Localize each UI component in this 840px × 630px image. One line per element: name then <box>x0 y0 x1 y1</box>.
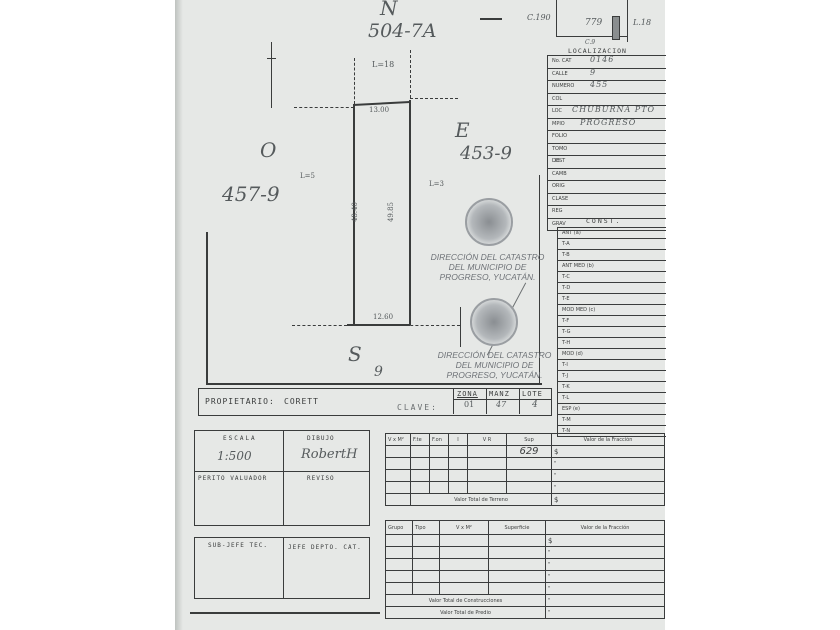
row-label: MPIO <box>552 121 565 127</box>
row-label: CALLE <box>552 71 568 77</box>
const-row: T-K <box>558 382 666 393</box>
propietario-value: CORETT <box>284 397 319 406</box>
table-row: " <box>386 571 665 583</box>
total-row: Valor Total de Predio " <box>386 607 665 619</box>
row-label: No. CAT <box>552 58 571 64</box>
line <box>556 0 557 36</box>
table-row: " <box>386 559 665 571</box>
cell <box>413 559 440 571</box>
south-street: 9 <box>374 364 383 380</box>
dim-bottom: 12.60 <box>373 313 393 321</box>
header-cell: Superficie <box>489 521 546 535</box>
header-cell: Valor de la Fracción <box>546 521 665 535</box>
cell <box>507 458 552 470</box>
cell <box>430 458 449 470</box>
boundary-line <box>410 50 411 98</box>
cell <box>489 535 546 547</box>
zona-label: ZONA <box>457 390 478 398</box>
stamp-line: DEL MUNICIPIO DE <box>425 262 550 272</box>
sup-value: 629 <box>507 446 552 458</box>
stamp-line: PROGRESO, YUCATÁN. <box>425 272 550 282</box>
const-row: ANT MED (b) <box>558 261 666 272</box>
north-label: N <box>380 0 398 20</box>
cell <box>430 482 449 494</box>
cell <box>468 458 507 470</box>
lot-edge-bottom <box>347 324 410 326</box>
table-row: " <box>386 482 665 494</box>
uso-row: CAMB <box>548 169 666 182</box>
cell <box>430 446 449 458</box>
row-label: LOC <box>552 108 562 114</box>
row-value: CHUBURNA PTO <box>572 104 655 115</box>
uso-row: ORIG <box>548 181 666 194</box>
dim-left: 48.40 <box>351 202 359 222</box>
fraccion-value: $ <box>552 446 665 458</box>
cell <box>386 482 411 494</box>
cell <box>413 547 440 559</box>
subjefe-label: SUB-JEFE TEC. <box>208 542 268 549</box>
const-row: T-J <box>558 371 666 382</box>
cell <box>386 571 413 583</box>
west-label: O <box>260 138 276 162</box>
west-lot-side: L=5 <box>300 172 315 180</box>
cell <box>507 482 552 494</box>
fraccion-value: " <box>546 583 665 595</box>
drawing-frame-left <box>206 232 208 384</box>
total-predio-value: " <box>546 607 665 619</box>
boundary-line <box>405 325 460 326</box>
table-row: " <box>386 583 665 595</box>
firmas-box: ESCALA 1:500 DIBUJO RobertH PERITO VALUA… <box>194 430 370 526</box>
const-row: T-B <box>558 250 666 261</box>
const-table: ANT (a) T-A T-B ANT MED (b) T-C T-D T-E … <box>557 227 666 437</box>
row-label: FOLIO <box>552 133 567 139</box>
row-value: 9 <box>590 67 596 78</box>
cell <box>411 482 430 494</box>
fraccion-value: " <box>546 547 665 559</box>
stamp-line: DEL MUNICIPIO DE <box>432 360 557 370</box>
row-value: 455 <box>590 79 608 90</box>
cell <box>468 482 507 494</box>
cell <box>489 547 546 559</box>
lote-value: 4 <box>532 400 538 410</box>
manz-value: 47 <box>496 400 506 409</box>
cell <box>440 583 489 595</box>
dibujo-value: RobertH <box>301 447 357 462</box>
const-row: ESP (e) <box>558 404 666 415</box>
const-row: T-C <box>558 272 666 283</box>
boundary-line <box>294 107 354 108</box>
boundary-tick <box>460 307 461 347</box>
const-row: T-M <box>558 415 666 426</box>
header-cell: V x M² <box>440 521 489 535</box>
stamp-1: DIRECCIÓN DEL CATASTRO DEL MUNICIPIO DE … <box>425 252 550 282</box>
stamp-2: DIRECCIÓN DEL CATASTRO DEL MUNICIPIO DE … <box>432 350 557 380</box>
table-row: " <box>386 458 665 470</box>
top-right-number: 779 <box>585 18 602 28</box>
cell <box>489 559 546 571</box>
localizacion-table: No. CAT0146 CALLE9 NUMERO455 COL LOCCHUB… <box>547 55 666 169</box>
const-row: MOD (d) <box>558 349 666 360</box>
const-row: T-A <box>558 239 666 250</box>
header-cell: Valor de la Fracción <box>552 434 665 446</box>
west-lot-code: 457-9 <box>222 182 280 206</box>
bottom-rule <box>190 612 380 614</box>
east-lot-code: 453-9 <box>460 143 512 164</box>
const-row: T-H <box>558 338 666 349</box>
cell <box>386 494 411 506</box>
header-cell: V x M² <box>386 434 411 446</box>
const-row: T-E <box>558 294 666 305</box>
cell <box>386 458 411 470</box>
divider <box>283 538 284 598</box>
const-row: MOD MED (c) <box>558 305 666 316</box>
fraccion-value: " <box>546 559 665 571</box>
cell <box>449 470 468 482</box>
top-right-street: C.9 <box>585 39 595 46</box>
total-terreno-label: Valor Total de Terreno <box>411 494 552 506</box>
cell <box>386 446 411 458</box>
cell <box>489 583 546 595</box>
cell <box>440 547 489 559</box>
mexican-seal-icon <box>465 198 513 246</box>
row-label: COL <box>552 96 562 102</box>
dibujo-label: DIBUJO <box>307 435 335 442</box>
row-value: PROGRESO <box>580 117 636 128</box>
const-row: T-I <box>558 360 666 371</box>
terreno-table: V x M² F.te F.on I V R Sup Valor de la F… <box>385 433 665 506</box>
jefes-box: SUB-JEFE TEC. JEFE DEPTO. CAT. <box>194 537 370 599</box>
top-lot-code: 504-7A <box>368 20 437 42</box>
cell <box>430 470 449 482</box>
zona-value: 01 <box>464 400 474 409</box>
total-const-label: Valor Total de Construcciones <box>386 595 546 607</box>
cell <box>411 446 430 458</box>
cell <box>413 583 440 595</box>
cell <box>449 446 468 458</box>
fraccion-value: " <box>546 571 665 583</box>
cell <box>386 559 413 571</box>
total-predio-label: Valor Total de Predio <box>386 607 546 619</box>
table-row: " <box>386 547 665 559</box>
header-cell: F.te <box>411 434 430 446</box>
fraccion-value: " <box>552 482 665 494</box>
table-row: 629 $ <box>386 446 665 458</box>
fraccion-value: " <box>552 470 665 482</box>
scribble-mark <box>480 18 502 20</box>
mexican-seal-icon <box>470 298 518 346</box>
clave-grid: ZONA MANZ LOTE 01 47 4 <box>453 388 552 414</box>
header-cell: Grupo <box>386 521 413 535</box>
divider <box>486 388 487 414</box>
boundary-line <box>354 58 355 104</box>
north-arrow-shaft <box>271 42 272 108</box>
cell <box>440 571 489 583</box>
dim-top: 13.00 <box>369 106 389 114</box>
header-cell: F.on <box>430 434 449 446</box>
manz-label: MANZ <box>489 390 510 398</box>
const-row: T-D <box>558 283 666 294</box>
cell <box>413 571 440 583</box>
drawing-frame-bottom <box>206 383 542 385</box>
table-row: $ <box>386 535 665 547</box>
east-lot-side: L=3 <box>429 180 444 188</box>
stamp-line: DIRECCIÓN DEL CATASTRO <box>425 252 550 262</box>
top-lot-side: L=18 <box>372 60 394 69</box>
stamp-line: PROGRESO, YUCATÁN. <box>432 370 557 380</box>
lote-label: LOTE <box>522 390 543 398</box>
cell <box>449 482 468 494</box>
paper-edge-shadow <box>175 0 183 630</box>
jefe-label: JEFE DEPTO. CAT. <box>288 544 362 551</box>
const-title: CONST. <box>586 217 621 225</box>
divider <box>283 431 284 525</box>
const-row: T-L <box>558 393 666 404</box>
divider <box>519 388 520 414</box>
lot-edge-right <box>409 100 411 325</box>
top-right-note: C.190 <box>527 13 551 22</box>
escala-value: 1:500 <box>217 449 252 463</box>
stamp-line: DIRECCIÓN DEL CATASTRO <box>432 350 557 360</box>
cell <box>468 446 507 458</box>
header-cell: Tipo <box>413 521 440 535</box>
hatched-marker <box>612 16 620 40</box>
const-row: T-G <box>558 327 666 338</box>
row-label: NUMERO <box>552 83 574 89</box>
cell <box>386 470 411 482</box>
cell <box>440 535 489 547</box>
cell <box>386 547 413 559</box>
cell <box>449 458 468 470</box>
divider <box>195 471 369 472</box>
line <box>627 0 628 42</box>
fraccion-value: " <box>552 458 665 470</box>
loc-row: NUMERO455 <box>548 81 666 94</box>
construccion-table: Grupo Tipo V x M² Superficie Valor de la… <box>385 520 665 619</box>
cell <box>468 470 507 482</box>
east-label: E <box>455 118 470 142</box>
propietario-label: PROPIETARIO: <box>205 397 275 406</box>
total-row: Valor Total de Construcciones " <box>386 595 665 607</box>
cell <box>413 535 440 547</box>
north-arrow-cross <box>267 58 276 59</box>
cell <box>386 583 413 595</box>
header-cell: I <box>449 434 468 446</box>
reviso-label: REVISO <box>307 475 335 482</box>
const-row: ANT (a) <box>558 228 666 239</box>
total-const-value: " <box>546 595 665 607</box>
row-value: 0146 <box>590 54 614 65</box>
loc-row: MPIOPROGRESO <box>548 119 666 132</box>
const-row: T-F <box>558 316 666 327</box>
perito-label: PERITO VALUADOR <box>198 475 267 482</box>
cell <box>440 559 489 571</box>
uso-row: DEST <box>548 156 666 169</box>
south-label: S <box>348 342 362 366</box>
top-right-lot: L.18 <box>633 18 651 27</box>
uso-row: CLASE <box>548 194 666 207</box>
total-row: Valor Total de Terreno $ <box>386 494 665 506</box>
loc-row: FOLIO <box>548 131 666 144</box>
cell <box>507 470 552 482</box>
header-cell: V R <box>468 434 507 446</box>
dim-right: 49.85 <box>387 202 395 222</box>
table-row: " <box>386 470 665 482</box>
cell <box>489 571 546 583</box>
clave-label: CLAVE: <box>397 403 438 412</box>
table-header-row: V x M² F.te F.on I V R Sup Valor de la F… <box>386 434 665 446</box>
boundary-line <box>410 98 458 99</box>
escala-label: ESCALA <box>223 435 257 442</box>
row-label: TOMO <box>552 146 567 152</box>
loc-row: No. CAT0146 <box>548 56 666 69</box>
boundary-line <box>292 325 347 326</box>
cell <box>386 535 413 547</box>
cell <box>411 470 430 482</box>
propietario-box: PROPIETARIO: CORETT CLAVE: ZONA MANZ LOT… <box>198 388 552 416</box>
fraccion-value: $ <box>546 535 665 547</box>
total-terreno-value: $ <box>552 494 665 506</box>
cell <box>411 458 430 470</box>
table-header-row: Grupo Tipo V x M² Superficie Valor de la… <box>386 521 665 535</box>
header-cell: Sup <box>507 434 552 446</box>
